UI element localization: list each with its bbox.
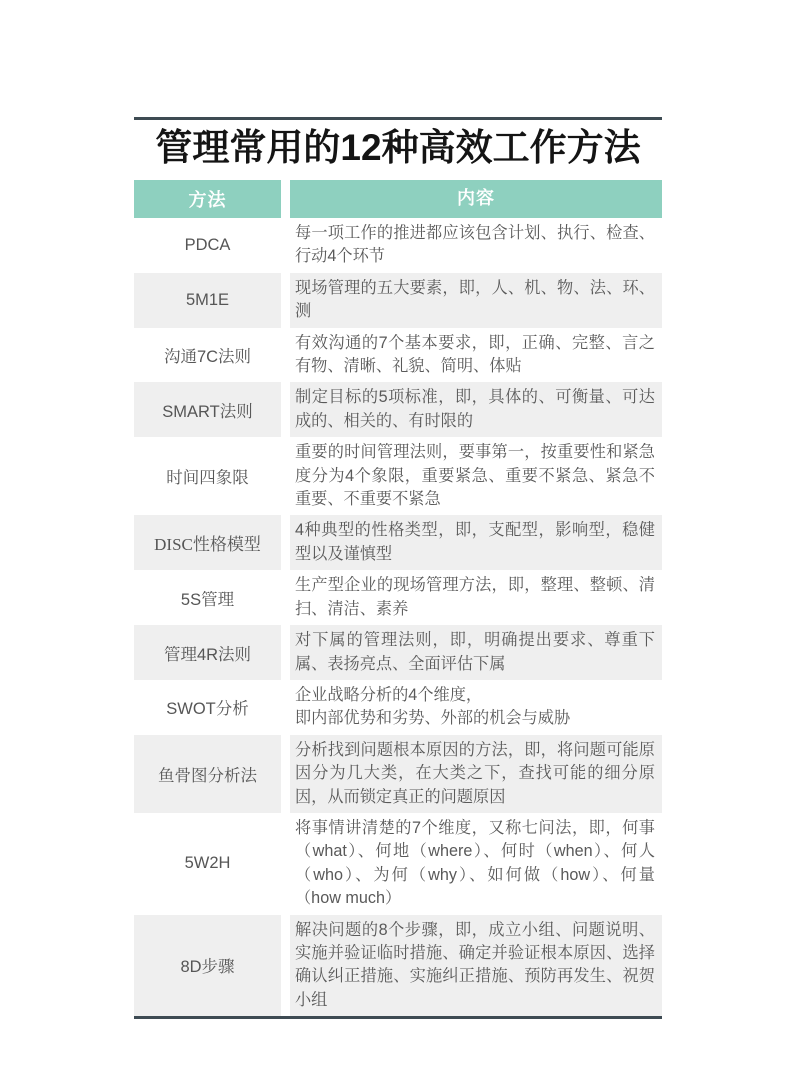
table-header-row: 方法 内容 [134, 180, 662, 218]
column-header-method: 方法 [134, 180, 281, 218]
method-cell: SWOT分析 [134, 680, 281, 735]
content-text: 现场管理的五大要素，即，人、机、物、法、环、测 [295, 277, 655, 324]
table-row: 沟通7C法则有效沟通的7个基本要求，即，正确、完整、言之有物、清晰、礼貌、简明、… [134, 328, 662, 383]
content-cell: 分析找到问题根本原因的方法，即，将问题可能原因分为几大类，在大类之下，查找可能的… [290, 735, 662, 813]
table-body: PDCA每一项工作的推进都应该包含计划、执行、检查、行动4个环节5M1E现场管理… [134, 218, 662, 1016]
content-cell: 现场管理的五大要素，即，人、机、物、法、环、测 [290, 273, 662, 328]
content-cell: 解决问题的8个步骤，即，成立小组、问题说明、实施并验证临时措施、确定并验证根本原… [290, 915, 662, 1017]
table-row: SWOT分析企业战略分析的4个维度， 即内部优势和劣势、外部的机会与威胁 [134, 680, 662, 735]
table-row: 鱼骨图分析法分析找到问题根本原因的方法，即，将问题可能原因分为几大类，在大类之下… [134, 735, 662, 813]
method-cell: 5W2H [134, 813, 281, 915]
method-cell: 8D步骤 [134, 915, 281, 1017]
top-rule [134, 117, 662, 120]
method-cell: 5M1E [134, 273, 281, 328]
table-row: 8D步骤解决问题的8个步骤，即，成立小组、问题说明、实施并验证临时措施、确定并验… [134, 915, 662, 1017]
content-text: 制定目标的5项标准，即，具体的、可衡量、可达成的、相关的、有时限的 [295, 386, 655, 433]
method-cell: 鱼骨图分析法 [134, 735, 281, 813]
content-text: 4种典型的性格类型，即，支配型，影响型，稳健型以及谨慎型 [295, 519, 655, 566]
table-row: 5W2H将事情讲清楚的7个维度，又称七问法，即，何事（what）、何地（wher… [134, 813, 662, 915]
content-cell: 对下属的管理法则，即，明确提出要求、尊重下属、表扬亮点、全面评估下属 [290, 625, 662, 680]
content-text: 重要的时间管理法则，要事第一，按重要性和紧急度分为4个象限，重要紧急、重要不紧急… [295, 441, 655, 511]
table-row: DISC性格模型4种典型的性格类型，即，支配型，影响型，稳健型以及谨慎型 [134, 515, 662, 570]
content-text: 对下属的管理法则，即，明确提出要求、尊重下属、表扬亮点、全面评估下属 [295, 629, 655, 676]
table-row: 管理4R法则对下属的管理法则，即，明确提出要求、尊重下属、表扬亮点、全面评估下属 [134, 625, 662, 680]
content-cell: 制定目标的5项标准，即，具体的、可衡量、可达成的、相关的、有时限的 [290, 382, 662, 437]
table-row: 5S管理生产型企业的现场管理方法，即，整理、整顿、清扫、清洁、素养 [134, 570, 662, 625]
method-cell: SMART法则 [134, 382, 281, 437]
content-cell: 每一项工作的推进都应该包含计划、执行、检查、行动4个环节 [290, 218, 662, 273]
table-row: 5M1E现场管理的五大要素，即，人、机、物、法、环、测 [134, 273, 662, 328]
content-cell: 4种典型的性格类型，即，支配型，影响型，稳健型以及谨慎型 [290, 515, 662, 570]
method-cell: 5S管理 [134, 570, 281, 625]
table-row: SMART法则制定目标的5项标准，即，具体的、可衡量、可达成的、相关的、有时限的 [134, 382, 662, 437]
page-title: 管理常用的12种高效工作方法 [134, 125, 662, 171]
content-text: 企业战略分析的4个维度， 即内部优势和劣势、外部的机会与威胁 [295, 684, 655, 731]
method-cell: 管理4R法则 [134, 625, 281, 680]
table-row: PDCA每一项工作的推进都应该包含计划、执行、检查、行动4个环节 [134, 218, 662, 273]
column-header-content: 内容 [290, 180, 662, 218]
content-text: 解决问题的8个步骤，即，成立小组、问题说明、实施并验证临时措施、确定并验证根本原… [295, 919, 655, 1013]
method-cell: 时间四象限 [134, 437, 281, 515]
content-text: 分析找到问题根本原因的方法，即，将问题可能原因分为几大类，在大类之下，查找可能的… [295, 739, 655, 809]
content-cell: 生产型企业的现场管理方法，即，整理、整顿、清扫、清洁、素养 [290, 570, 662, 625]
content-cell: 企业战略分析的4个维度， 即内部优势和劣势、外部的机会与威胁 [290, 680, 662, 735]
content-cell: 有效沟通的7个基本要求，即，正确、完整、言之有物、清晰、礼貌、简明、体贴 [290, 328, 662, 383]
content-text: 生产型企业的现场管理方法，即，整理、整顿、清扫、清洁、素养 [295, 574, 655, 621]
method-cell: DISC性格模型 [134, 515, 281, 570]
method-cell: 沟通7C法则 [134, 328, 281, 383]
content-text: 有效沟通的7个基本要求，即，正确、完整、言之有物、清晰、礼貌、简明、体贴 [295, 332, 655, 379]
methods-poster: 管理常用的12种高效工作方法 方法 内容 PDCA每一项工作的推进都应该包含计划… [134, 117, 662, 1019]
content-cell: 重要的时间管理法则，要事第一，按重要性和紧急度分为4个象限，重要紧急、重要不紧急… [290, 437, 662, 515]
method-cell: PDCA [134, 218, 281, 273]
content-text: 将事情讲清楚的7个维度，又称七问法，即，何事（what）、何地（where）、何… [295, 817, 655, 911]
methods-table: 方法 内容 PDCA每一项工作的推进都应该包含计划、执行、检查、行动4个环节5M… [134, 180, 662, 1016]
bottom-rule [134, 1016, 662, 1019]
content-cell: 将事情讲清楚的7个维度，又称七问法，即，何事（what）、何地（where）、何… [290, 813, 662, 915]
content-text: 每一项工作的推进都应该包含计划、执行、检查、行动4个环节 [295, 222, 655, 269]
table-row: 时间四象限重要的时间管理法则，要事第一，按重要性和紧急度分为4个象限，重要紧急、… [134, 437, 662, 515]
